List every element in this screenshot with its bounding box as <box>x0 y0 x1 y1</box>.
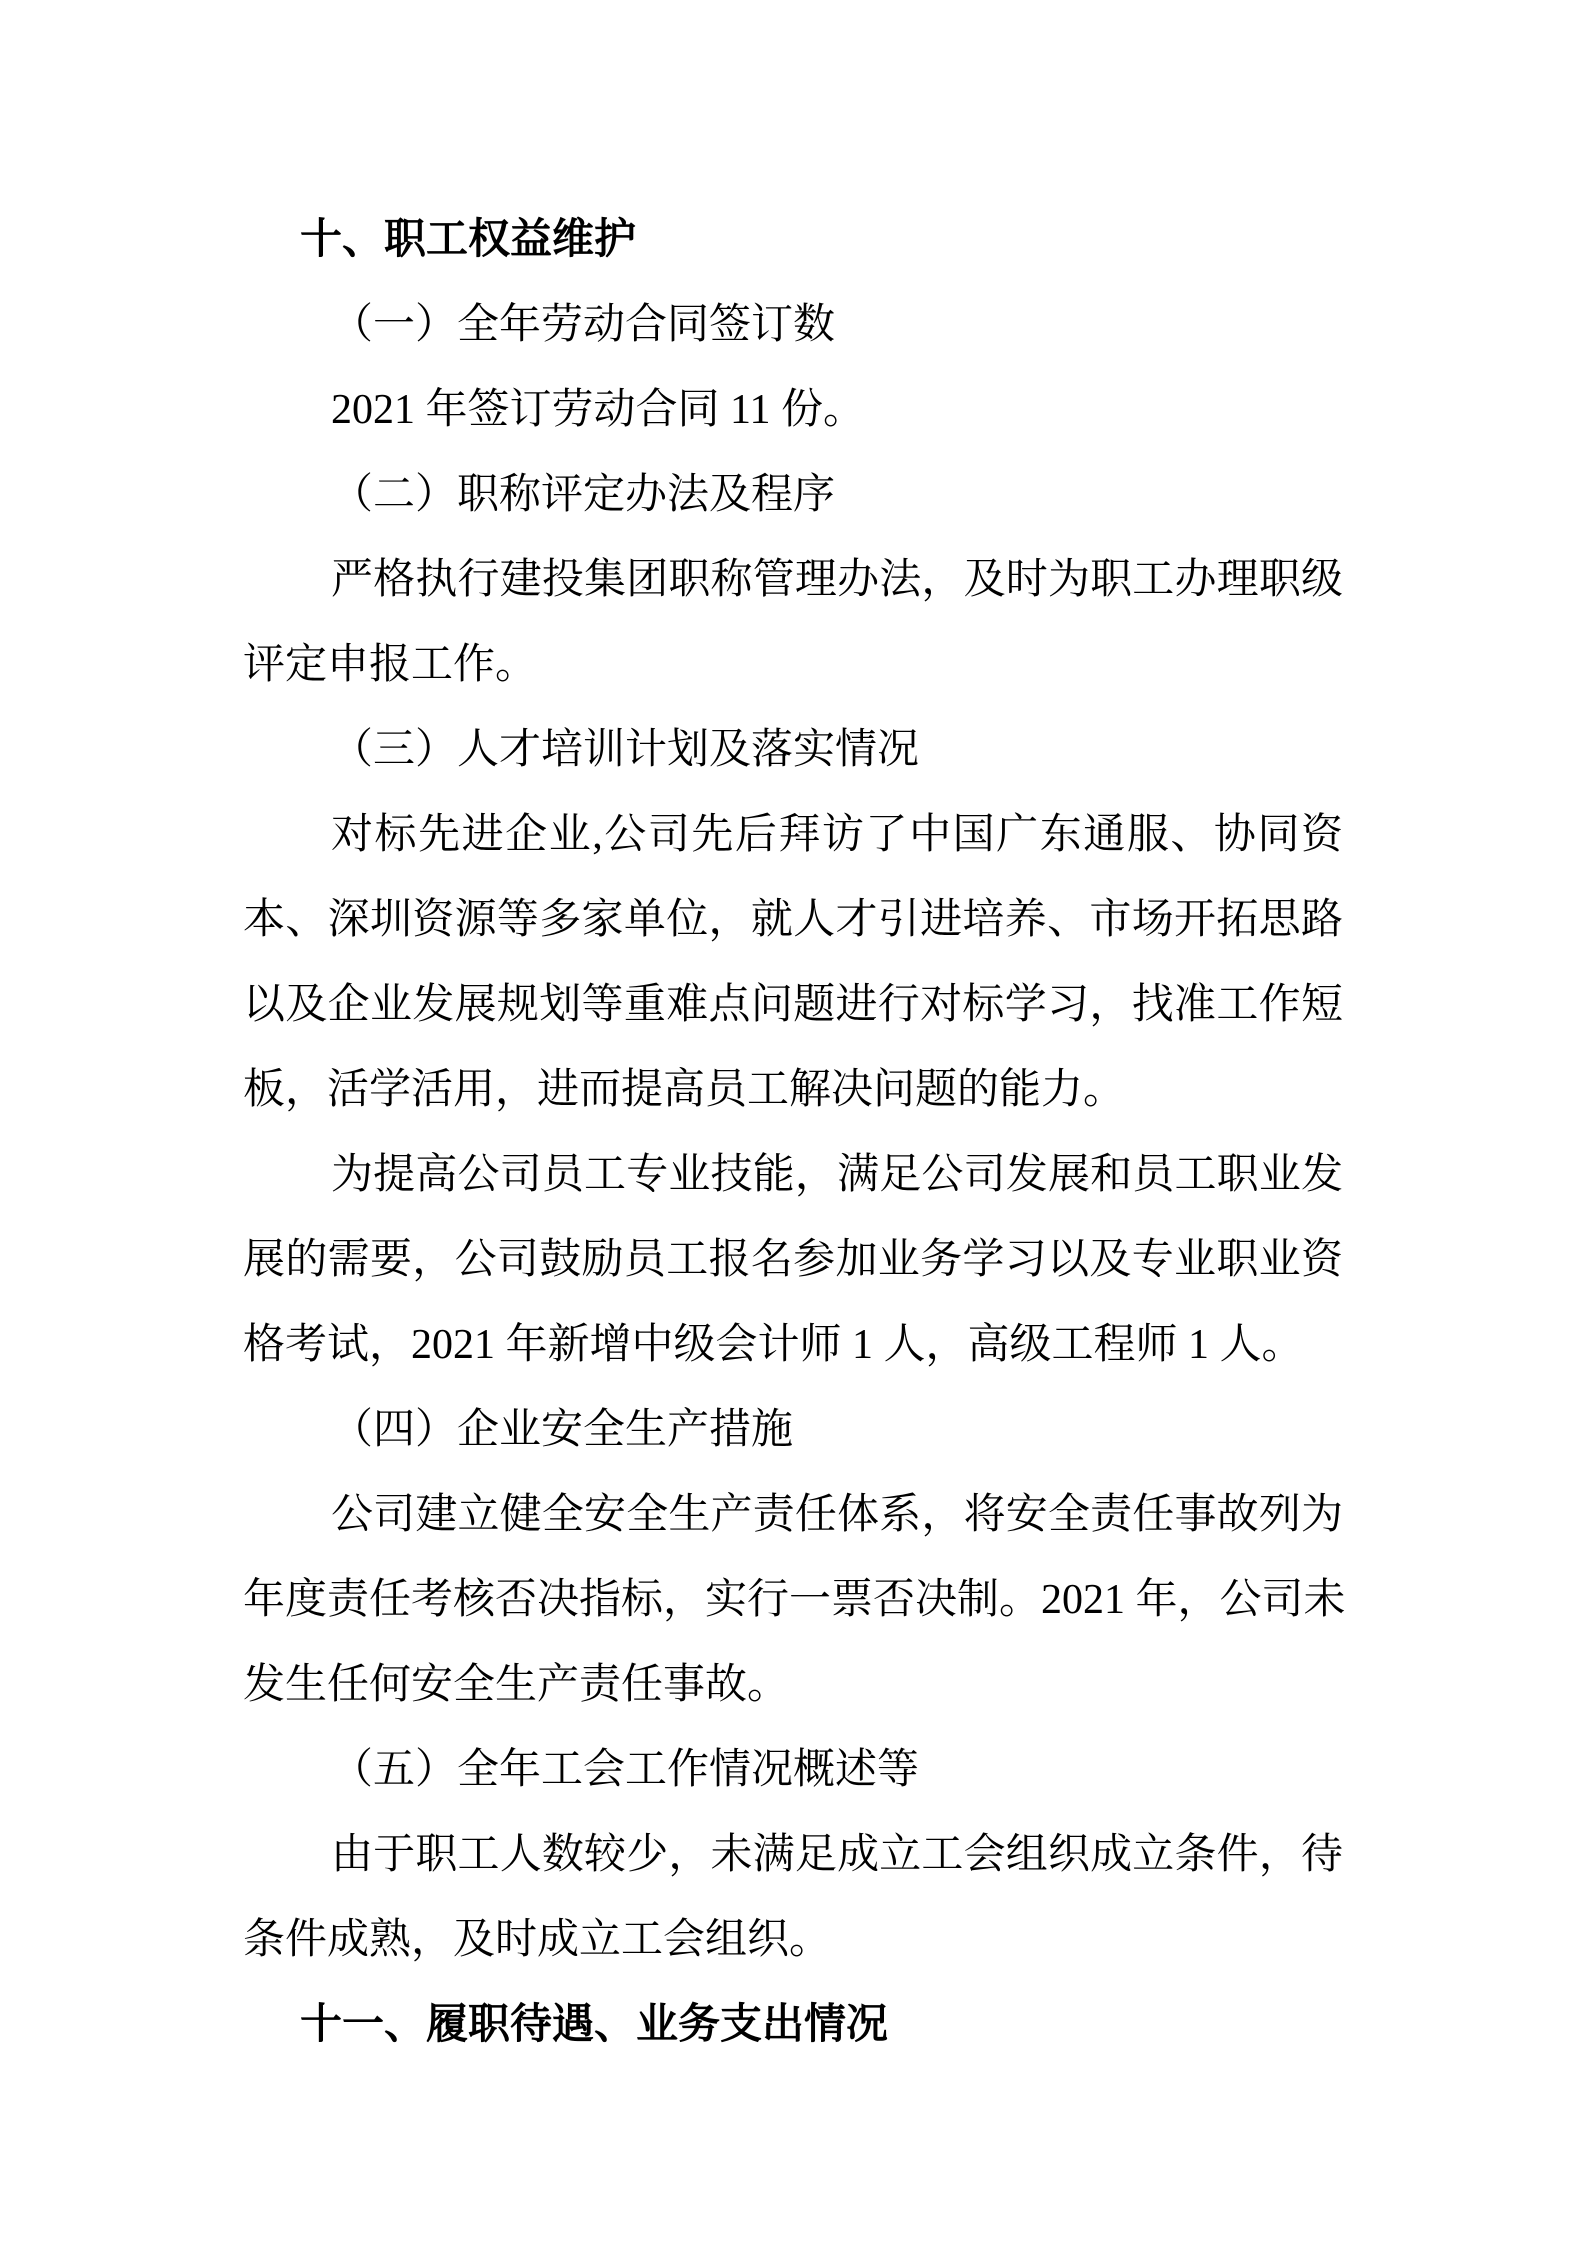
body-line: 对标先进企业,公司先后拜访了中国广东通服、协同资 <box>243 793 1343 878</box>
body-line: 为提高公司员工专业技能，满足公司发展和员工职业发 <box>243 1133 1343 1218</box>
body-line: 格考试，2021 年新增中级会计师 1 人，高级工程师 1 人。 <box>243 1303 1343 1388</box>
section-heading: 十、职工权益维护 <box>243 198 1343 283</box>
body-line: 评定申报工作。 <box>243 623 1343 708</box>
subsection-heading: （一）全年劳动合同签订数 <box>243 283 1343 368</box>
body-line: 本、深圳资源等多家单位，就人才引进培养、市场开拓思路 <box>243 878 1343 963</box>
body-line: 2021 年签订劳动合同 11 份。 <box>243 368 1343 453</box>
document-text-block: 十、职工权益维护（一）全年劳动合同签订数2021 年签订劳动合同 11 份。（二… <box>243 198 1343 2068</box>
body-line: 公司建立健全安全生产责任体系，将安全责任事故列为 <box>243 1473 1343 1558</box>
body-line: 由于职工人数较少，未满足成立工会组织成立条件，待 <box>243 1813 1343 1898</box>
body-line: 严格执行建投集团职称管理办法，及时为职工办理职级 <box>243 538 1343 623</box>
subsection-heading: （二）职称评定办法及程序 <box>243 453 1343 538</box>
body-line: 发生任何安全生产责任事故。 <box>243 1643 1343 1728</box>
subsection-heading: （五）全年工会工作情况概述等 <box>243 1728 1343 1813</box>
body-line: 板，活学活用，进而提高员工解决问题的能力。 <box>243 1048 1343 1133</box>
body-line: 条件成熟，及时成立工会组织。 <box>243 1898 1343 1983</box>
subsection-heading: （三）人才培训计划及落实情况 <box>243 708 1343 793</box>
subsection-heading: （四）企业安全生产措施 <box>243 1388 1343 1473</box>
body-line: 以及企业发展规划等重难点问题进行对标学习，找准工作短 <box>243 963 1343 1048</box>
document-page: 十、职工权益维护（一）全年劳动合同签订数2021 年签订劳动合同 11 份。（二… <box>0 0 1587 2245</box>
body-line: 年度责任考核否决指标，实行一票否决制。2021 年，公司未 <box>243 1558 1343 1643</box>
body-line: 展的需要，公司鼓励员工报名参加业务学习以及专业职业资 <box>243 1218 1343 1303</box>
section-heading: 十一、履职待遇、业务支出情况 <box>243 1983 1343 2068</box>
